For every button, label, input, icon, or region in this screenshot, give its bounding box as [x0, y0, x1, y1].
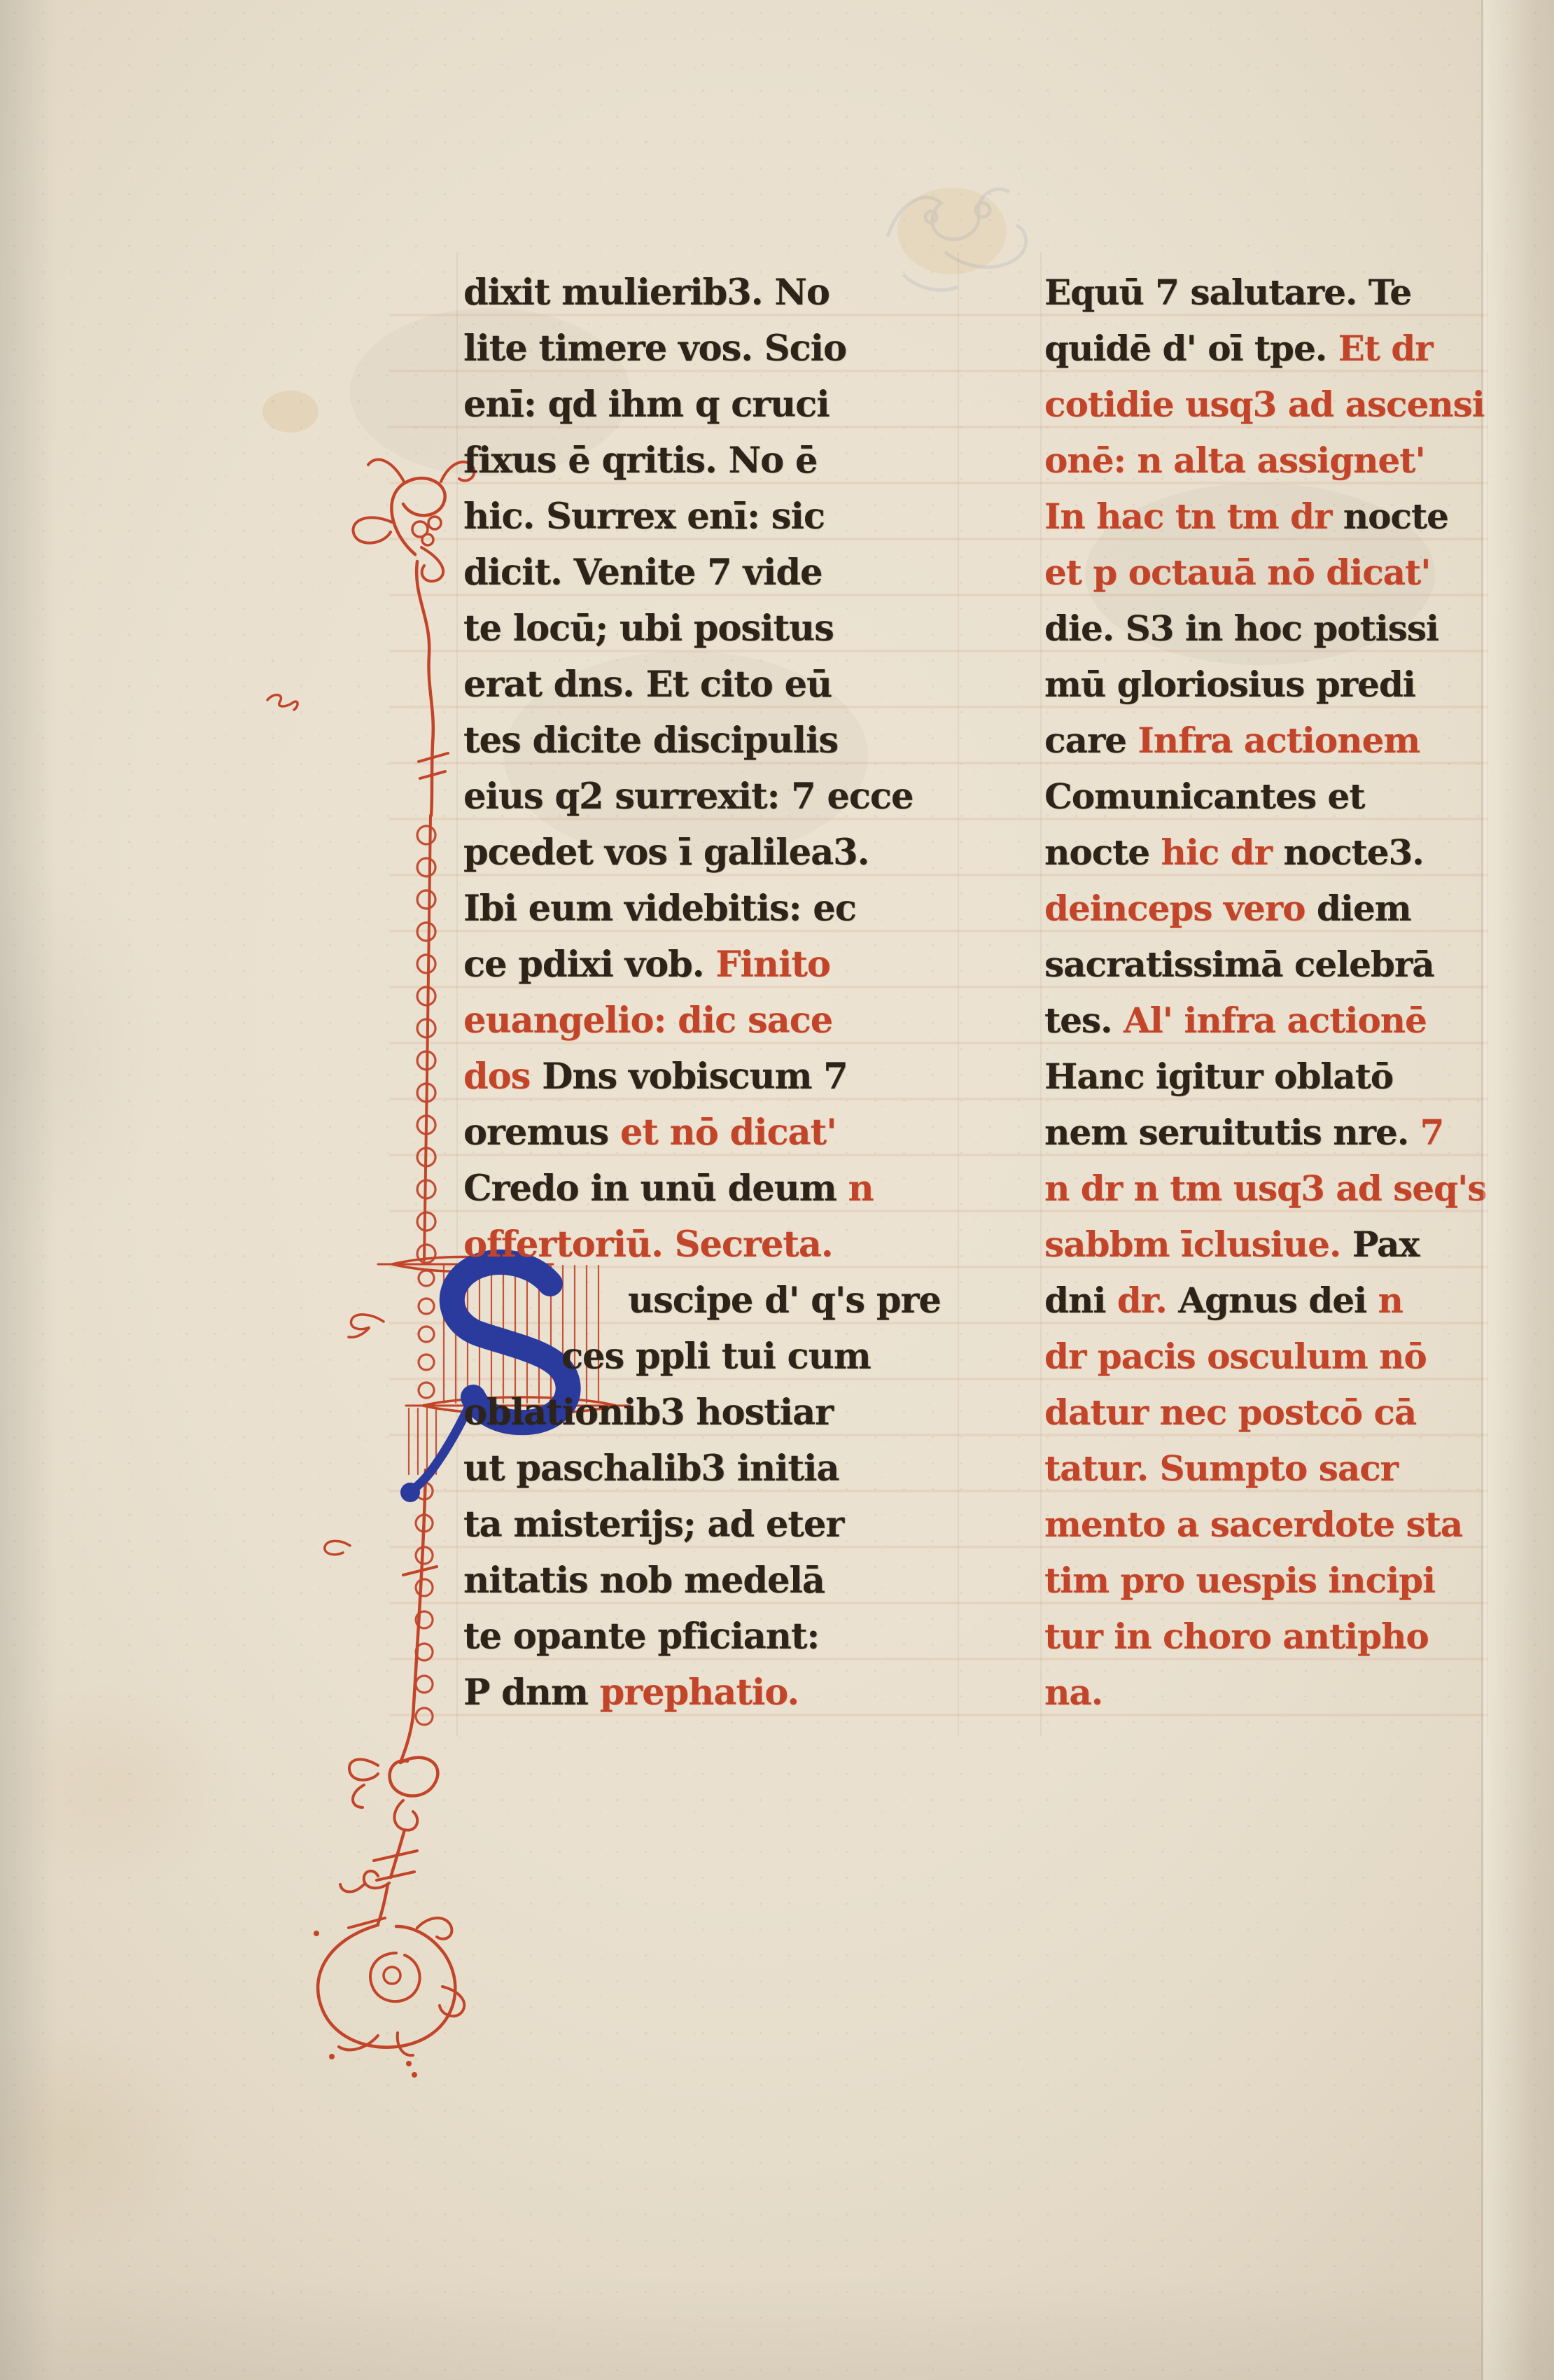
- right-text-column: Equū 7 salutare. Tequidē d' oī tpe. Et d…: [1044, 265, 1485, 1721]
- text-segment: Agnus dei: [1178, 1280, 1378, 1321]
- text-line: quidē d' oī tpe. Et dr: [1044, 321, 1485, 377]
- text-segment: tim pro uespis incipi: [1044, 1560, 1435, 1601]
- text-line: deinceps vero diem: [1044, 881, 1485, 937]
- text-segment: datur nec postcō cā: [1044, 1392, 1416, 1433]
- text-segment: dixit mulierib3. No: [463, 272, 829, 314]
- text-line: oremus et nō dicat': [463, 1105, 953, 1161]
- text-segment: Comunicantes et: [1044, 776, 1364, 817]
- text-segment: Credo in unū deum: [463, 1168, 848, 1210]
- ruling-vertical: [958, 252, 959, 1736]
- text-segment: tes dicite discipulis: [463, 720, 838, 762]
- text-line: tatur. Sumpto sacr: [1044, 1441, 1485, 1497]
- text-line: pcedet vos ī galilea3.: [463, 825, 953, 881]
- text-line: sabbm īclusiue. Pax: [1044, 1217, 1485, 1273]
- text-segment: Ibi eum videbitis: ec: [463, 888, 856, 930]
- text-segment: te opante pficiant:: [463, 1616, 819, 1658]
- text-segment: onē: n alta assignet': [1044, 440, 1425, 481]
- text-segment: et nō dicat': [620, 1112, 836, 1154]
- text-segment: n: [1378, 1280, 1402, 1321]
- text-line: Ibi eum videbitis: ec: [463, 881, 953, 937]
- text-segment: tur in choro antipho: [1044, 1616, 1429, 1657]
- text-segment: nocte: [1343, 496, 1448, 537]
- text-line: nem seruitutis nre. 7: [1044, 1105, 1485, 1161]
- text-segment: ta misterijs; ad eter: [463, 1504, 843, 1546]
- text-line: tes. Al' infra actionē: [1044, 993, 1485, 1049]
- text-segment: et p octauā nō dicat': [1044, 552, 1430, 593]
- text-line: Equū 7 salutare. Te: [1044, 265, 1485, 321]
- text-line: Hanc igitur oblatō: [1044, 1049, 1485, 1105]
- text-line: tur in choro antipho: [1044, 1609, 1485, 1665]
- text-line: offertoriū. Secreta.: [463, 1217, 953, 1273]
- text-segment: dr pacis osculum nō: [1044, 1336, 1427, 1377]
- text-segment: hic dr: [1161, 832, 1283, 873]
- text-segment: oblationib3 hostiar: [463, 1392, 833, 1434]
- text-segment: dr.: [1117, 1280, 1179, 1321]
- text-segment: eius q2 surrexit: 7 ecce: [463, 776, 913, 818]
- text-line: fixus ē qritis. No ē: [463, 433, 953, 489]
- text-line: onē: n alta assignet': [1044, 433, 1485, 489]
- text-line: Credo in unū deum n: [463, 1161, 953, 1217]
- text-segment: prephatio.: [600, 1672, 799, 1714]
- page-fold-highlight: [1483, 0, 1554, 2380]
- text-segment: nem seruitutis nre.: [1044, 1112, 1420, 1153]
- text-segment: lite timere vos. Scio: [463, 328, 846, 370]
- text-segment: deinceps vero: [1044, 888, 1317, 929]
- text-segment: Al' infra actionē: [1123, 1000, 1427, 1041]
- text-line: die. S3 in hoc potissi: [1044, 601, 1485, 657]
- text-line: mento a sacerdote sta: [1044, 1497, 1485, 1553]
- text-segment: tes.: [1044, 1000, 1123, 1041]
- text-segment: ut paschalib3 initia: [463, 1448, 839, 1490]
- text-line: tes dicite discipulis: [463, 713, 953, 769]
- text-segment: Infra actionem: [1137, 720, 1420, 761]
- text-segment: te locū; ubi positus: [463, 608, 834, 650]
- text-line: dixit mulierib3. No: [463, 265, 953, 321]
- ruling-vertical: [1487, 252, 1488, 1736]
- text-line: oblationib3 hostiar: [463, 1385, 953, 1441]
- text-segment: erat dns. Et cito eū: [463, 664, 832, 706]
- text-segment: nitatis nob medelā: [463, 1560, 825, 1602]
- text-segment: dni: [1044, 1280, 1117, 1321]
- text-segment: 7: [1420, 1112, 1444, 1153]
- text-segment: oremus: [463, 1112, 620, 1154]
- text-line: uscipe d' q's pre: [463, 1273, 953, 1329]
- text-segment: mū gloriosius predi: [1044, 664, 1415, 705]
- text-segment: uscipe d' q's pre: [628, 1280, 941, 1322]
- manuscript-page: dixit mulierib3. Nolite timere vos. Scio…: [0, 0, 1554, 2380]
- text-segment: Pax: [1352, 1224, 1419, 1265]
- text-segment: In hac tn tm dr: [1044, 496, 1343, 537]
- text-segment: Hanc igitur oblatō: [1044, 1056, 1393, 1097]
- text-line: In hac tn tm dr nocte: [1044, 489, 1485, 545]
- text-segment: n dr n tm usq3 ad seq's: [1044, 1168, 1486, 1209]
- text-segment: die. S3 in hoc potissi: [1044, 608, 1438, 649]
- text-segment: ces ppli tui cum: [561, 1336, 871, 1378]
- text-line: dr pacis osculum nō: [1044, 1329, 1485, 1385]
- text-line: lite timere vos. Scio: [463, 321, 953, 377]
- stain-spot: [262, 391, 318, 433]
- text-line: ut paschalib3 initia: [463, 1441, 953, 1497]
- text-segment: Equū 7 salutare. Te: [1044, 272, 1411, 313]
- text-line: te locū; ubi positus: [463, 601, 953, 657]
- text-line: n dr n tm usq3 ad seq's: [1044, 1161, 1485, 1217]
- text-segment: na.: [1044, 1672, 1102, 1713]
- left-text-column: dixit mulierib3. Nolite timere vos. Scio…: [463, 265, 953, 1721]
- text-line: sacratissimā celebrā: [1044, 937, 1485, 993]
- text-segment: nocte3.: [1283, 832, 1423, 873]
- text-line: datur nec postcō cā: [1044, 1385, 1485, 1441]
- text-segment: care: [1044, 720, 1137, 761]
- border-chain-loops: [416, 826, 435, 1725]
- text-line: mū gloriosius predi: [1044, 657, 1485, 713]
- text-segment: quidē d' oī tpe.: [1044, 328, 1338, 369]
- text-line: dicit. Venite 7 vide: [463, 545, 953, 601]
- text-line: tim pro uespis incipi: [1044, 1553, 1485, 1609]
- text-segment: dicit. Venite 7 vide: [463, 552, 822, 594]
- ruling-vertical: [1040, 252, 1042, 1736]
- text-line: na.: [1044, 1665, 1485, 1721]
- text-line: ta misterijs; ad eter: [463, 1497, 953, 1553]
- text-segment: P dnm: [463, 1672, 600, 1714]
- text-line: te opante pficiant:: [463, 1609, 953, 1665]
- text-segment: offertoriū. Secreta.: [463, 1224, 833, 1266]
- text-segment: nocte: [1044, 832, 1161, 873]
- text-segment: mento a sacerdote sta: [1044, 1504, 1462, 1545]
- text-segment: hic. Surrex enī: sic: [463, 496, 825, 538]
- text-segment: tatur. Sumpto sacr: [1044, 1448, 1398, 1489]
- text-line: care Infra actionem: [1044, 713, 1485, 769]
- text-line: euangelio: dic sace: [463, 993, 953, 1049]
- text-segment: ce pdixi vob.: [463, 944, 715, 986]
- text-line: ce pdixi vob. Finito: [463, 937, 953, 993]
- text-line: ces ppli tui cum: [463, 1329, 953, 1385]
- text-segment: fixus ē qritis. No ē: [463, 440, 817, 482]
- text-segment: euangelio: dic sace: [463, 1000, 832, 1042]
- text-segment: Et dr: [1338, 328, 1433, 369]
- text-line: dos Dns vobiscum 7: [463, 1049, 953, 1105]
- text-segment: sacratissimā celebrā: [1044, 944, 1434, 985]
- text-line: et p octauā nō dicat': [1044, 545, 1485, 601]
- text-line: hic. Surrex enī: sic: [463, 489, 953, 545]
- text-line: erat dns. Et cito eū: [463, 657, 953, 713]
- ruling-vertical: [456, 252, 458, 1736]
- text-segment: Dns vobiscum 7: [542, 1056, 848, 1098]
- stain-spot: [897, 188, 1007, 274]
- text-segment: dos: [463, 1056, 542, 1098]
- text-line: cotidie usq3 ad ascensi: [1044, 377, 1485, 433]
- text-segment: sabbm īclusiue.: [1044, 1224, 1352, 1265]
- text-segment: cotidie usq3 ad ascensi: [1044, 384, 1485, 425]
- text-line: Comunicantes et: [1044, 769, 1485, 825]
- text-segment: Finito: [715, 944, 830, 986]
- text-line: enī: qd ihm q cruci: [463, 377, 953, 433]
- text-line: nitatis nob medelā: [463, 1553, 953, 1609]
- text-line: nocte hic dr nocte3.: [1044, 825, 1485, 881]
- text-segment: pcedet vos ī galilea3.: [463, 832, 869, 874]
- text-segment: enī: qd ihm q cruci: [463, 384, 829, 426]
- text-segment: diem: [1317, 888, 1411, 929]
- text-line: eius q2 surrexit: 7 ecce: [463, 769, 953, 825]
- text-segment: n: [848, 1168, 873, 1210]
- text-line: dni dr. Agnus dei n: [1044, 1273, 1485, 1329]
- text-line: P dnm prephatio.: [463, 1665, 953, 1721]
